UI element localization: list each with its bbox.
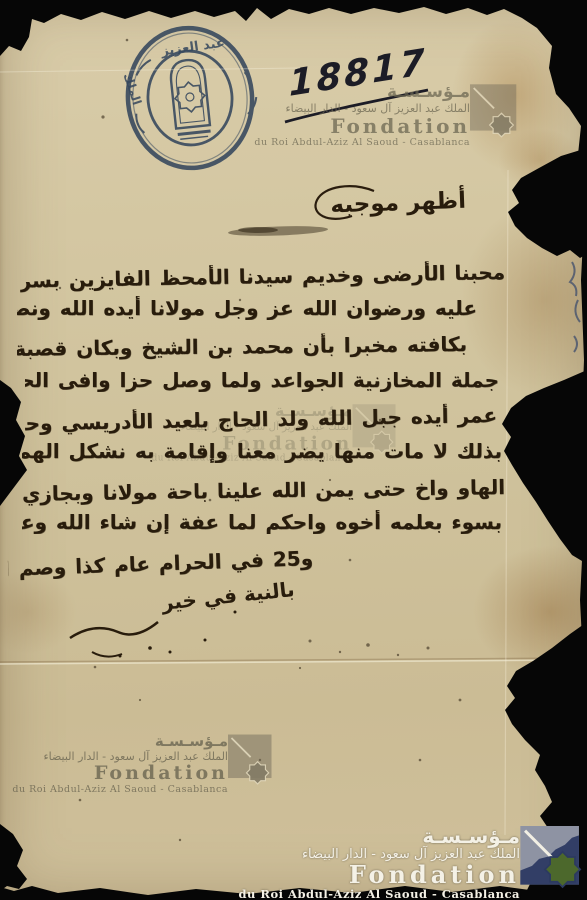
manuscript-scan: مـؤسـسـة الملك عبد العزيز آل سعود - الدا… bbox=[0, 0, 587, 900]
manuscript-line: عليه ورضوان الله عز وجل مولانا أيده الله… bbox=[17, 296, 477, 320]
manuscript-line: بذلك لا مات منها يضر معنا وإقامة به نشكل… bbox=[22, 439, 502, 463]
manuscript-line: بكافته مخبرا بأن محمد بن الشيخ وبكان قصب… bbox=[17, 332, 467, 361]
manuscript-line: بسوء بعلمه أخوه واحكم لما عفة إن شاء الل… bbox=[22, 510, 502, 534]
document-heading: أظهر موجبه bbox=[336, 188, 467, 219]
manuscript-line: جملة المخازنية الجواعد ولما وصل حزا وافى… bbox=[25, 368, 499, 392]
